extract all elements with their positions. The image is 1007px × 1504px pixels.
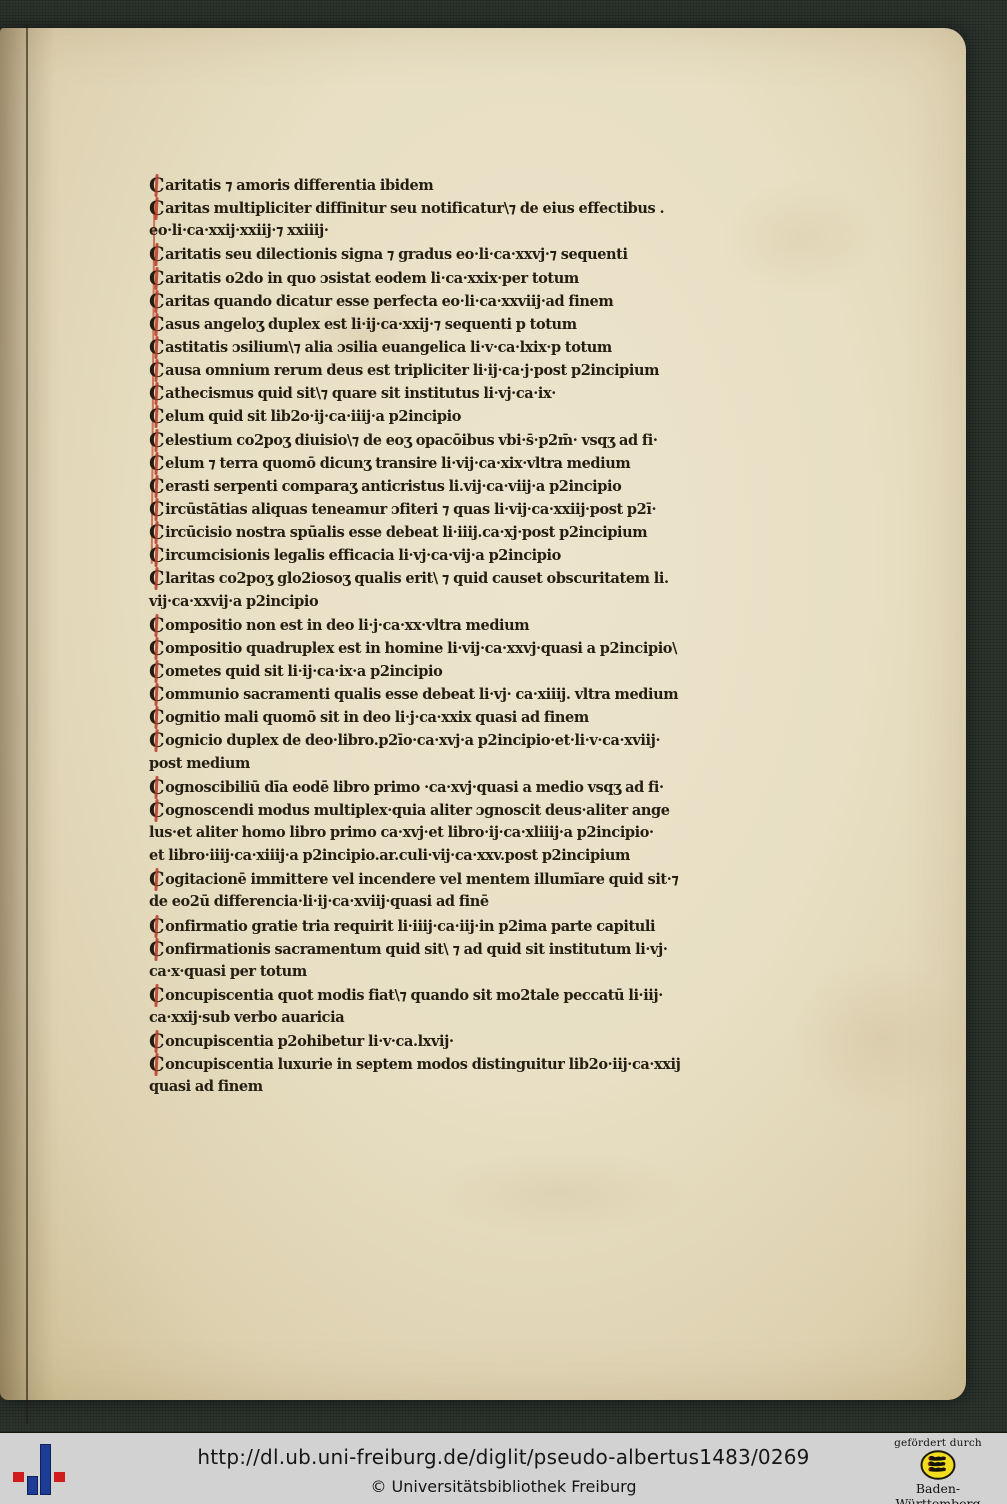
rubricated-initial: C (149, 245, 164, 265)
text-line: Circūstātias aliquas teneamur ɔfiteri ⁊ … (149, 500, 774, 523)
text-line: Cogitacionē immittere vel incendere vel … (149, 870, 774, 893)
text-line: Cognitio mali quomō sit in deo li·j·ca·x… (149, 708, 774, 731)
text-line: post medium (149, 755, 774, 778)
rubricated-initial: C (149, 731, 164, 751)
text-line: Cognoscibiliū dīa eodē libro primo ·ca·x… (149, 778, 774, 801)
rubricated-initial: C (149, 778, 164, 798)
text-line: Caritas multipliciter diffinitur seu not… (149, 199, 774, 222)
text-line: Cathecismus quid sit\⁊ quare sit institu… (149, 384, 774, 407)
document-url[interactable]: http://dl.ub.uni-freiburg.de/diglit/pseu… (0, 1445, 1007, 1469)
rubricated-initial: C (149, 917, 164, 937)
rubricated-initial: C (149, 500, 164, 520)
text-line: Celum quid sit lib2o·ij·ca·iiij·a p2inci… (149, 407, 774, 430)
text-line: Communio sacramenti qualis esse debeat l… (149, 685, 774, 708)
text-line: quasi ad finem (149, 1078, 774, 1101)
rubricated-initial: C (149, 940, 164, 960)
viewer-canvas: Caritatis ⁊ amoris differentia ibidemCar… (0, 0, 1007, 1504)
text-line: ca·xxij·sub verbo auaricia (149, 1009, 774, 1032)
text-line: Cognicio duplex de deo·libro.p2īo·ca·xvj… (149, 731, 774, 754)
text-line: Celum ⁊ terra quomō dicunʒ transire li·v… (149, 454, 774, 477)
text-line: Caritatis ⁊ amoris differentia ibidem (149, 176, 774, 199)
text-line: Cometes quid sit li·ij·ca·ix·a p2incipio (149, 662, 774, 685)
rubricated-initial: C (149, 546, 164, 566)
rubricated-initial: C (149, 384, 164, 404)
rubricated-initial: C (149, 685, 164, 705)
rubricated-initial: C (149, 338, 164, 358)
text-line: ca·x·quasi per totum (149, 963, 774, 986)
binding-gutter-crease (26, 24, 28, 1424)
sponsor-name: Baden-Württemberg (875, 1481, 1001, 1504)
rubricated-initial: C (149, 269, 164, 289)
text-line: Claritas co2poʒ glo2iosoʒ qualis erit\ ⁊… (149, 569, 774, 592)
text-line: Confirmationis sacramentum quid sit\ ⁊ a… (149, 940, 774, 963)
text-block: Caritatis ⁊ amoris differentia ibidemCar… (149, 176, 774, 1102)
text-line: Caritas quando dicatur esse perfecta eo·… (149, 292, 774, 315)
rubricated-initial: C (149, 176, 164, 196)
text-line: Compositio non est in deo li·j·ca·xx·vlt… (149, 616, 774, 639)
rubricated-initial: C (149, 986, 164, 1006)
rubricated-initial: C (149, 361, 164, 381)
text-line: Casus angeloʒ duplex est li·ij·ca·xxij·⁊… (149, 315, 774, 338)
text-line: Celestium co2poʒ diuisio\⁊ de eoʒ opacōi… (149, 431, 774, 454)
text-line: Concupiscentia quot modis fiat\⁊ quando … (149, 986, 774, 1009)
text-line: Cognoscendi modus multiplex·quia aliter … (149, 801, 774, 824)
text-line: eo·li·ca·xxij·xxiij·⁊ xxiiij· (149, 222, 774, 245)
text-line: Concupiscentia luxurie in septem modos d… (149, 1055, 774, 1078)
rubricated-initial: C (149, 801, 164, 821)
sponsor-block: gefördert durch Baden-Württemberg (875, 1437, 1001, 1504)
text-line: Causa omnium rerum deus est tripliciter … (149, 361, 774, 384)
rubricated-initial: C (149, 569, 164, 589)
text-line: vij·ca·xxvij·a p2incipio (149, 593, 774, 616)
sponsor-label: gefördert durch (875, 1437, 1001, 1449)
rubricated-initial: C (149, 662, 164, 682)
text-line: Caritatis o2do in quo ɔsistat eodem li·c… (149, 269, 774, 292)
text-line: Castitatis ɔsilium\⁊ alia ɔsilia euangel… (149, 338, 774, 361)
text-line: Caritatis seu dilectionis signa ⁊ gradus… (149, 245, 774, 268)
baden-wuerttemberg-arms-icon (920, 1450, 956, 1480)
rubricated-initial: C (149, 431, 164, 451)
text-line: Concupiscentia p2ohibetur li·v·ca.lxvij· (149, 1032, 774, 1055)
rubricated-initial: C (149, 407, 164, 427)
viewer-footer: http://dl.ub.uni-freiburg.de/diglit/pseu… (0, 1432, 1007, 1504)
rubricated-initial: C (149, 477, 164, 497)
rubricated-initial: C (149, 523, 164, 543)
text-line: et libro·iiij·ca·xiiij·a p2incipio.ar.cu… (149, 847, 774, 870)
rubricated-initial: C (149, 1055, 164, 1075)
parchment-stain (430, 1148, 690, 1238)
rubricated-initial: C (149, 199, 164, 219)
rubricated-initial: C (149, 1032, 164, 1052)
parchment-stain (790, 958, 970, 1118)
text-line: Circūcisio nostra spūalis esse debeat li… (149, 523, 774, 546)
text-line: Cerasti serpenti comparaʒ anticristus li… (149, 477, 774, 500)
text-line: Confirmatio gratie tria requirit li·iiij… (149, 917, 774, 940)
rubricated-initial: C (149, 292, 164, 312)
text-line: Circumcisionis legalis efficacia li·vj·c… (149, 546, 774, 569)
copyright-text: © Universitätsbibliothek Freiburg (0, 1477, 1007, 1496)
text-line: lus·et aliter homo libro primo ca·xvj·et… (149, 824, 774, 847)
rubricated-initial: C (149, 616, 164, 636)
rubricated-initial: C (149, 708, 164, 728)
rubricated-initial: C (149, 454, 164, 474)
text-line: de eo2ū differencia·li·ij·ca·xviij·quasi… (149, 893, 774, 916)
rubricated-initial: C (149, 639, 164, 659)
rubricated-initial: C (149, 870, 164, 890)
text-line: Compositio quadruplex est in homine li·v… (149, 639, 774, 662)
rubricated-initial: C (149, 315, 164, 335)
